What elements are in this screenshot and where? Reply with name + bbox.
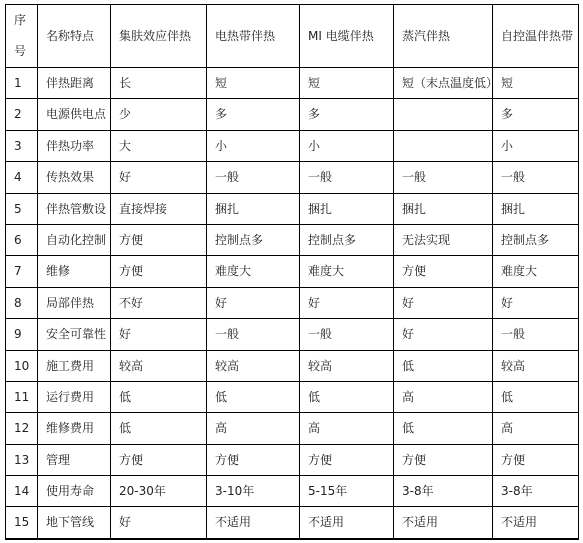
table-cell: 控制点多 bbox=[493, 224, 579, 255]
table-cell: 少 bbox=[111, 99, 207, 130]
table-cell: 好 bbox=[394, 287, 493, 318]
table-cell: 控制点多 bbox=[300, 224, 394, 255]
table-cell: 好 bbox=[493, 287, 579, 318]
table-cell: 较高 bbox=[207, 350, 300, 381]
table-cell: 低 bbox=[394, 350, 493, 381]
table-cell: 好 bbox=[300, 287, 394, 318]
table-cell: 电源供电点 bbox=[38, 99, 111, 130]
table-cell: 高 bbox=[394, 381, 493, 412]
table-cell: 捆扎 bbox=[207, 193, 300, 224]
table-cell: 较高 bbox=[493, 350, 579, 381]
table-cell: 捆扎 bbox=[300, 193, 394, 224]
table-body: 1伴热距离长短短短（末点温度低）短2电源供电点少多多多3伴热功率大小小小4传热效… bbox=[6, 68, 579, 539]
table-cell: 3-8年 bbox=[493, 476, 579, 507]
table-cell: 捆扎 bbox=[493, 193, 579, 224]
table-row: 10施工费用较高较高较高低较高 bbox=[6, 350, 579, 381]
table-cell: 不适用 bbox=[394, 507, 493, 539]
table-cell: 6 bbox=[6, 224, 38, 255]
table-row: 14使用寿命20-30年3-10年5-15年3-8年3-8年 bbox=[6, 476, 579, 507]
table-cell: 一般 bbox=[207, 319, 300, 350]
table-row: 2电源供电点少多多多 bbox=[6, 99, 579, 130]
table-cell: 直接焊接 bbox=[111, 193, 207, 224]
table-cell: 方便 bbox=[300, 444, 394, 475]
table-cell: 不适用 bbox=[493, 507, 579, 539]
table-cell: 方便 bbox=[207, 444, 300, 475]
table-cell: 5 bbox=[6, 193, 38, 224]
table-cell: 短（末点温度低） bbox=[394, 68, 493, 99]
table-cell: 一般 bbox=[493, 162, 579, 193]
table-cell: 多 bbox=[300, 99, 394, 130]
table-cell: 不好 bbox=[111, 287, 207, 318]
table-cell: 多 bbox=[493, 99, 579, 130]
table-cell: 不适用 bbox=[207, 507, 300, 539]
table-cell: 传热效果 bbox=[38, 162, 111, 193]
table-cell: 低 bbox=[493, 381, 579, 412]
table-cell: 10 bbox=[6, 350, 38, 381]
table-cell: 12 bbox=[6, 413, 38, 444]
table-cell: 自动化控制 bbox=[38, 224, 111, 255]
table-cell: 小 bbox=[207, 130, 300, 161]
table-cell: 低 bbox=[111, 413, 207, 444]
table-cell: 多 bbox=[207, 99, 300, 130]
table-cell: 方便 bbox=[111, 256, 207, 287]
table-cell: 长 bbox=[111, 68, 207, 99]
table-cell: 短 bbox=[300, 68, 394, 99]
table-cell: 较高 bbox=[111, 350, 207, 381]
table-cell: 局部伴热 bbox=[38, 287, 111, 318]
table-row: 1伴热距离长短短短（末点温度低）短 bbox=[6, 68, 579, 99]
table-cell: 8 bbox=[6, 287, 38, 318]
table-cell: 2 bbox=[6, 99, 38, 130]
table-cell: 9 bbox=[6, 319, 38, 350]
table-cell: 伴热距离 bbox=[38, 68, 111, 99]
table-cell: 无法实现 bbox=[394, 224, 493, 255]
column-header: 集肤效应伴热 bbox=[111, 5, 207, 68]
table-cell: 低 bbox=[207, 381, 300, 412]
table-cell: 5-15年 bbox=[300, 476, 394, 507]
table-cell: 捆扎 bbox=[394, 193, 493, 224]
heating-comparison-page: 序号名称特点集肤效应伴热电热带伴热MI 电缆伴热蒸汽伴热自控温伴热带 1伴热距离… bbox=[0, 0, 583, 543]
table-row: 11运行费用低低低高低 bbox=[6, 381, 579, 412]
table-cell: 好 bbox=[111, 319, 207, 350]
table-cell: 维修 bbox=[38, 256, 111, 287]
header-row: 序号名称特点集肤效应伴热电热带伴热MI 电缆伴热蒸汽伴热自控温伴热带 bbox=[6, 5, 579, 68]
table-cell: 低 bbox=[111, 381, 207, 412]
table-row: 15地下管线好不适用不适用不适用不适用 bbox=[6, 507, 579, 539]
table-cell: 短 bbox=[493, 68, 579, 99]
column-header: 蒸汽伴热 bbox=[394, 5, 493, 68]
table-cell: 好 bbox=[207, 287, 300, 318]
table-cell: 方便 bbox=[111, 224, 207, 255]
table-cell: 高 bbox=[493, 413, 579, 444]
column-header: MI 电缆伴热 bbox=[300, 5, 394, 68]
table-cell: 使用寿命 bbox=[38, 476, 111, 507]
table-cell: 管理 bbox=[38, 444, 111, 475]
table-cell: 不适用 bbox=[300, 507, 394, 539]
column-header: 自控温伴热带 bbox=[493, 5, 579, 68]
table-cell: 15 bbox=[6, 507, 38, 539]
table-cell: 较高 bbox=[300, 350, 394, 381]
table-cell: 伴热管敷设 bbox=[38, 193, 111, 224]
table-row: 12维修费用低高高低高 bbox=[6, 413, 579, 444]
table-cell: 4 bbox=[6, 162, 38, 193]
table-cell: 方便 bbox=[394, 444, 493, 475]
table-cell: 方便 bbox=[111, 444, 207, 475]
table-cell: 运行费用 bbox=[38, 381, 111, 412]
table-cell: 一般 bbox=[394, 162, 493, 193]
table-cell: 3 bbox=[6, 130, 38, 161]
table-cell: 一般 bbox=[207, 162, 300, 193]
table-row: 7维修方便难度大难度大方便难度大 bbox=[6, 256, 579, 287]
column-header: 电热带伴热 bbox=[207, 5, 300, 68]
table-cell bbox=[394, 99, 493, 130]
table-cell: 短 bbox=[207, 68, 300, 99]
table-cell: 维修费用 bbox=[38, 413, 111, 444]
table-row: 8局部伴热不好好好好好 bbox=[6, 287, 579, 318]
table-cell: 地下管线 bbox=[38, 507, 111, 539]
table-cell: 高 bbox=[207, 413, 300, 444]
table-row: 5伴热管敷设直接焊接捆扎捆扎捆扎捆扎 bbox=[6, 193, 579, 224]
table-cell: 一般 bbox=[493, 319, 579, 350]
table-cell: 7 bbox=[6, 256, 38, 287]
table-cell: 安全可靠性 bbox=[38, 319, 111, 350]
table-cell: 方便 bbox=[394, 256, 493, 287]
table-cell: 好 bbox=[111, 162, 207, 193]
table-row: 6自动化控制方便控制点多控制点多无法实现控制点多 bbox=[6, 224, 579, 255]
table-cell: 3-10年 bbox=[207, 476, 300, 507]
table-row: 9安全可靠性好一般一般好一般 bbox=[6, 319, 579, 350]
table-cell: 施工费用 bbox=[38, 350, 111, 381]
table-cell: 13 bbox=[6, 444, 38, 475]
table-cell: 伴热功率 bbox=[38, 130, 111, 161]
table-cell: 好 bbox=[111, 507, 207, 539]
table-cell: 好 bbox=[394, 319, 493, 350]
column-header: 名称特点 bbox=[38, 5, 111, 68]
heating-comparison-table: 序号名称特点集肤效应伴热电热带伴热MI 电缆伴热蒸汽伴热自控温伴热带 1伴热距离… bbox=[5, 4, 579, 540]
table-cell: 小 bbox=[300, 130, 394, 161]
table-cell: 低 bbox=[300, 381, 394, 412]
table-cell: 难度大 bbox=[493, 256, 579, 287]
table-cell: 难度大 bbox=[207, 256, 300, 287]
column-header: 序号 bbox=[6, 5, 38, 68]
table-cell: 1 bbox=[6, 68, 38, 99]
table-cell: 一般 bbox=[300, 319, 394, 350]
table-cell: 11 bbox=[6, 381, 38, 412]
table-cell: 控制点多 bbox=[207, 224, 300, 255]
table-cell: 低 bbox=[394, 413, 493, 444]
table-cell: 难度大 bbox=[300, 256, 394, 287]
table-row: 13管理方便方便方便方便方便 bbox=[6, 444, 579, 475]
table-cell: 方便 bbox=[493, 444, 579, 475]
table-cell: 大 bbox=[111, 130, 207, 161]
table-cell bbox=[394, 130, 493, 161]
table-cell: 一般 bbox=[300, 162, 394, 193]
table-row: 3伴热功率大小小小 bbox=[6, 130, 579, 161]
table-cell: 20-30年 bbox=[111, 476, 207, 507]
table-cell: 14 bbox=[6, 476, 38, 507]
table-cell: 小 bbox=[493, 130, 579, 161]
table-row: 4传热效果好一般一般一般一般 bbox=[6, 162, 579, 193]
table-cell: 高 bbox=[300, 413, 394, 444]
table-cell: 3-8年 bbox=[394, 476, 493, 507]
